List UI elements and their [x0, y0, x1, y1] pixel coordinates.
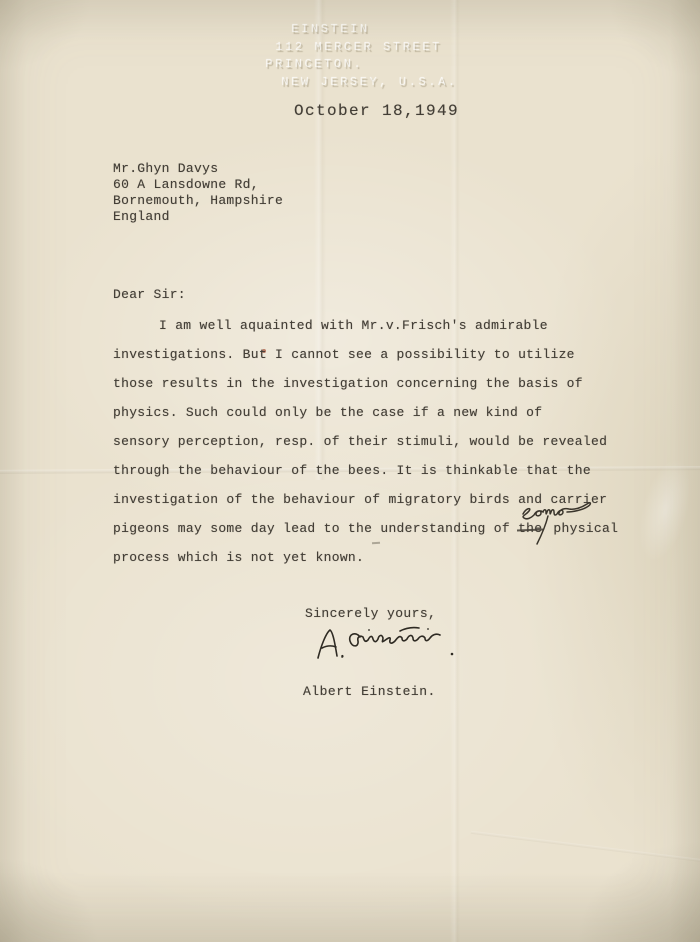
letter-body: I am well aquainted with Mr.v.Frisch's a… [113, 311, 673, 572]
body-line: investigations. But I cannot see a possi… [113, 340, 673, 369]
typed-signature-name: Albert Einstein. [303, 684, 436, 699]
body-line: I am well aquainted with Mr.v.Frisch's a… [113, 311, 673, 340]
recipient-name: Mr.Ghyn Davys [113, 161, 283, 177]
letterhead-city: PRINCETON. [266, 57, 458, 75]
einstein-signature [312, 622, 462, 668]
body-line: those results in the investigation conce… [113, 369, 673, 398]
body-line-with-correction: pigeons may some day lead to the underst… [113, 514, 673, 543]
embossed-letterhead: EINSTEIN 112 MERCER STREET PRINCETON. NE… [266, 22, 458, 92]
body-line: through the behaviour of the bees. It is… [113, 456, 673, 485]
letterhead-state: NEW JERSEY, U.S.A. [282, 75, 458, 93]
body-line: physics. Such could only be the case if … [113, 398, 673, 427]
line8-prefix: pigeons may some day lead to the underst… [113, 521, 518, 536]
handwritten-some-annotation [511, 498, 601, 550]
recipient-city: Bornemouth, Hampshire [113, 193, 283, 209]
handwritten-word-text: some [618, 514, 619, 515]
diagonal-bottom-crease [471, 831, 700, 864]
body-line: sensory perception, resp. of their stimu… [113, 427, 673, 456]
letterhead-street: 112 MERCER STREET [276, 40, 458, 58]
recipient-address: Mr.Ghyn Davys 60 A Lansdowne Rd, Bornemo… [113, 161, 283, 225]
recipient-street: 60 A Lansdowne Rd, [113, 177, 283, 193]
letter-scan: EINSTEIN 112 MERCER STREET PRINCETON. NE… [0, 0, 700, 942]
signature-text: A. Einstein. [0, 0, 1, 1]
letterhead-name: EINSTEIN [292, 22, 458, 40]
salutation: Dear Sir: [113, 287, 186, 302]
letter-date: October 18,1949 [294, 102, 459, 120]
closing: Sincerely yours, [305, 606, 436, 621]
recipient-country: England [113, 209, 283, 225]
